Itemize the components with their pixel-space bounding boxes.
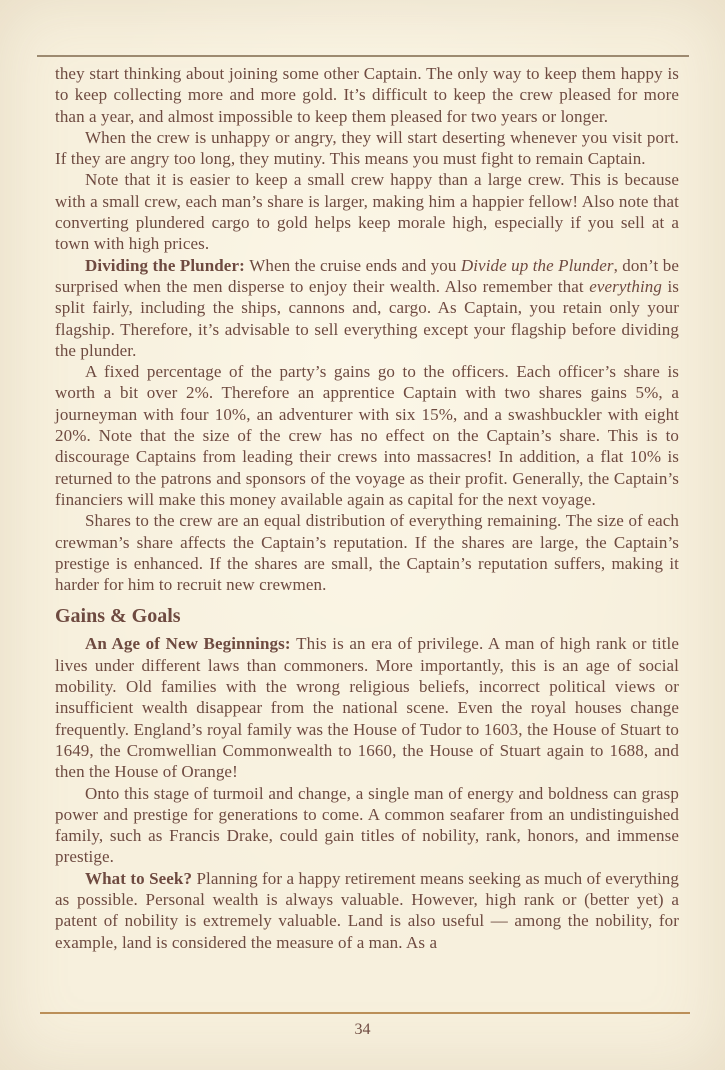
text-run: When the cruise ends and you (249, 256, 461, 275)
text-run: A fixed percentage of the party’s gains … (55, 362, 679, 509)
text-run: they start thinking about joining some o… (55, 64, 679, 126)
paragraph: What to Seek? Planning for a happy retir… (55, 868, 679, 953)
paragraph: A fixed percentage of the party’s gains … (55, 361, 679, 510)
paragraph: Note that it is easier to keep a small c… (55, 169, 679, 254)
bold-lead-in: What to Seek? (85, 869, 196, 888)
paragraph: When the crew is unhappy or angry, they … (55, 127, 679, 170)
bottom-rule (40, 1012, 690, 1014)
text-run: This is an era of privilege. A man of hi… (55, 634, 679, 781)
paragraph: Dividing the Plunder: When the cruise en… (55, 255, 679, 361)
manual-page: they start thinking about joining some o… (0, 0, 725, 1070)
text-run: When the crew is unhappy or angry, they … (55, 128, 679, 168)
paragraph: An Age of New Beginnings: This is an era… (55, 633, 679, 782)
top-rule (37, 55, 689, 57)
paragraph: Onto this stage of turmoil and change, a… (55, 783, 679, 868)
page-content: they start thinking about joining some o… (55, 63, 679, 953)
bold-lead-in: Dividing the Plunder: (85, 256, 249, 275)
bold-lead-in: An Age of New Beginnings: (85, 634, 296, 653)
paragraph: they start thinking about joining some o… (55, 63, 679, 127)
text-run: Onto this stage of turmoil and change, a… (55, 784, 679, 867)
text-run: Shares to the crew are an equal distribu… (55, 511, 679, 594)
italic-text-run: Divide up the Plunder (461, 256, 614, 275)
page-number: 34 (0, 1021, 725, 1039)
italic-text-run: everything (589, 277, 662, 296)
text-run: Note that it is easier to keep a small c… (55, 170, 679, 253)
section-heading: Gains & Goals (55, 604, 679, 628)
paragraph: Shares to the crew are an equal distribu… (55, 510, 679, 595)
